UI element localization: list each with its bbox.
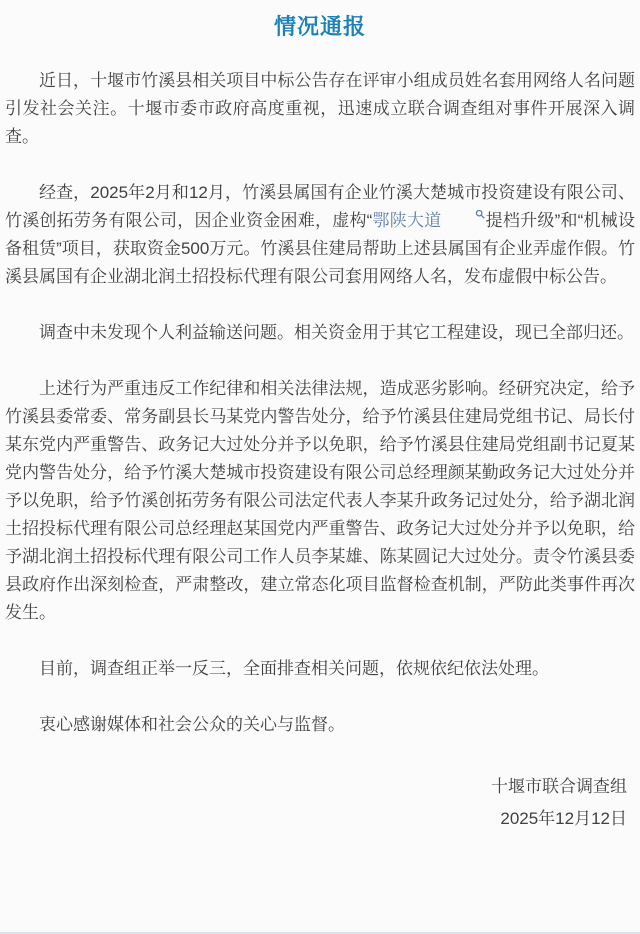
paragraph: 经查，2025年2月和12月，竹溪县属国有企业竹溪大楚城市投资建设有限公司、竹溪… bbox=[5, 179, 635, 291]
paragraph: 目前，调查组正举一反三，全面排查相关问题，依规依纪依法处理。 bbox=[5, 655, 635, 683]
paragraphs: 近日，十堰市竹溪县相关项目中标公告存在评审小组成员姓名套用网络人名问题引发社会关… bbox=[5, 67, 635, 739]
paragraph: 上述行为严重违反工作纪律和相关法律法规，造成恶劣影响。经研究决定，给予竹溪县委常… bbox=[5, 375, 635, 627]
page-title: 情况通报 bbox=[5, 10, 635, 41]
date: 2025年12月12日 bbox=[5, 803, 627, 835]
notice-page: { "document": { "title": "情况通报", "paragr… bbox=[0, 0, 640, 934]
signature: 十堰市联合调查组 bbox=[5, 771, 627, 803]
notice-document: 情况通报 近日，十堰市竹溪县相关项目中标公告存在评审小组成员姓名套用网络人名问题… bbox=[0, 0, 640, 835]
paragraph: 调查中未发现个人利益输送问题。相关资金用于其它工程建设，现已全部归还。 bbox=[5, 319, 635, 347]
paragraph: 衷心感谢媒体和社会公众的关心与监督。 bbox=[5, 711, 635, 739]
paragraph: 近日，十堰市竹溪县相关项目中标公告存在评审小组成员姓名套用网络人名问题引发社会关… bbox=[5, 67, 635, 151]
entity-link[interactable]: 鄂陕大道 bbox=[372, 211, 485, 230]
signature-block: 十堰市联合调查组 2025年12月12日 bbox=[5, 771, 635, 835]
search-icon bbox=[441, 209, 485, 219]
